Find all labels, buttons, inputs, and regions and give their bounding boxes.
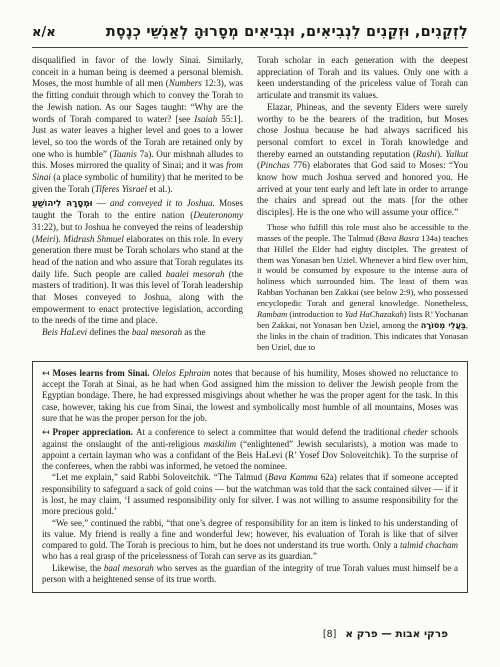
text-segment: Moses learns from Sinai. <box>53 368 153 378</box>
text-segment: Beis HaLevi <box>42 327 87 337</box>
body-paragraph: Torah scholar in each generation with th… <box>257 55 468 102</box>
text-segment: Torah scholar in each generation with th… <box>257 55 468 100</box>
text-segment: — <box>93 198 110 208</box>
text-segment: Bava Kamma <box>268 472 318 482</box>
text-segment: Pinchas <box>260 160 290 170</box>
footnotes-box: ↤Moses learns from Sinai. Olelos Ephraim… <box>32 361 468 594</box>
text-segment: talmid chacham <box>400 540 458 550</box>
text-segment: בַּעֲלֵי מְסוֹרָה <box>421 321 466 330</box>
note-bullet-icon: ↤ <box>42 369 50 379</box>
footer-book-title: פרקי אבות — פרק א <box>345 628 448 640</box>
text-segment: 134a) teaches that Hillel the Elder had … <box>257 233 468 308</box>
text-segment: Olelos Ephraim <box>152 368 210 378</box>
text-segment: Tiferes Yisrael <box>95 184 147 194</box>
commentary-columns: disqualified in favor of the lowly Sinai… <box>32 55 468 353</box>
text-segment: who has a real grasp of the pricelessnes… <box>42 551 317 561</box>
mishnah-locator: א/א <box>32 25 56 40</box>
note-paragraph: ↤Moses learns from Sinai. Olelos Ephraim… <box>42 368 458 424</box>
header-divider <box>32 47 468 48</box>
text-segment: Deuteronomy <box>193 210 243 220</box>
text-segment: Yalkut <box>445 149 468 159</box>
text-segment: baal mesorah <box>132 327 182 337</box>
body-paragraph: וּמְסָרָהּ לִיהוֹשֻׁעַ — and conveyed it… <box>32 198 243 327</box>
text-segment: “Let me explain,” said Rabbi Soloveitchi… <box>52 472 268 482</box>
body-paragraph: “We see,” continued the rabbi, “that one… <box>42 518 458 563</box>
footer-page-number: [8] <box>323 629 336 640</box>
page-footer: פרקי אבות — פרק א [8] <box>323 628 448 640</box>
text-segment: maskilim <box>204 439 237 449</box>
text-segment: Proper appreciation. <box>53 427 136 437</box>
left-column: disqualified in favor of the lowly Sinai… <box>32 55 243 353</box>
text-segment: defines the <box>87 327 132 337</box>
text-segment: Likewise, the <box>52 563 104 573</box>
text-segment: At a conference to select a committee th… <box>136 427 403 437</box>
text-segment: Midrash Shmuel <box>63 234 124 244</box>
text-segment: as the <box>182 327 205 337</box>
text-segment: Numbers <box>169 78 202 88</box>
page-header: לִזְקֵנִים, וּזְקֵנִים לִנְבִיאִים, וּנְ… <box>32 24 468 40</box>
body-paragraph: disqualified in favor of the lowly Sinai… <box>32 55 243 195</box>
text-segment: Isaiah <box>194 114 217 124</box>
body-paragraph: Beis HaLevi defines the baal mesorah as … <box>32 327 243 339</box>
right-column: Torah scholar in each generation with th… <box>257 55 468 353</box>
text-segment: baalei mesorah <box>166 269 225 279</box>
text-segment: et al.). <box>147 184 173 194</box>
book-page: לִזְקֵנִים, וּזְקֵנִים לִנְבִיאִים, וּנְ… <box>0 0 500 667</box>
text-segment: “We see,” continued the rabbi, “that one… <box>42 518 458 551</box>
text-segment: Meiri <box>35 234 55 244</box>
note-bullet-icon: ↤ <box>42 428 50 438</box>
body-paragraph: “Let me explain,” said Rabbi Soloveitchi… <box>42 472 458 517</box>
text-segment: וּמְסָרָהּ לִיהוֹשֻׁעַ <box>32 199 93 209</box>
text-segment: and conveyed it to Joshua. <box>110 198 215 208</box>
text-segment: Taanis <box>113 149 137 159</box>
text-segment: Rashi <box>416 149 437 159</box>
text-segment: Yad HaChazakah <box>345 309 404 319</box>
text-segment: cheder <box>403 427 428 437</box>
mishnah-verse-hebrew: לִזְקֵנִים, וּזְקֵנִים לִנְבִיאִים, וּנְ… <box>106 24 468 40</box>
text-segment: baal mesorah <box>104 563 154 573</box>
text-segment: (introduction to <box>287 309 345 319</box>
body-paragraph: Likewise, the baal mesorah who serves as… <box>42 563 458 586</box>
body-paragraph: Those who fulfill this role must also be… <box>257 222 468 353</box>
text-segment: Rambam <box>257 309 287 319</box>
note-paragraph: ↤Proper appreciation. At a conference to… <box>42 427 458 472</box>
text-segment: Bava Basra <box>379 233 419 243</box>
body-paragraph: Elazar, Phineas, and the seventy Elders … <box>257 102 468 219</box>
